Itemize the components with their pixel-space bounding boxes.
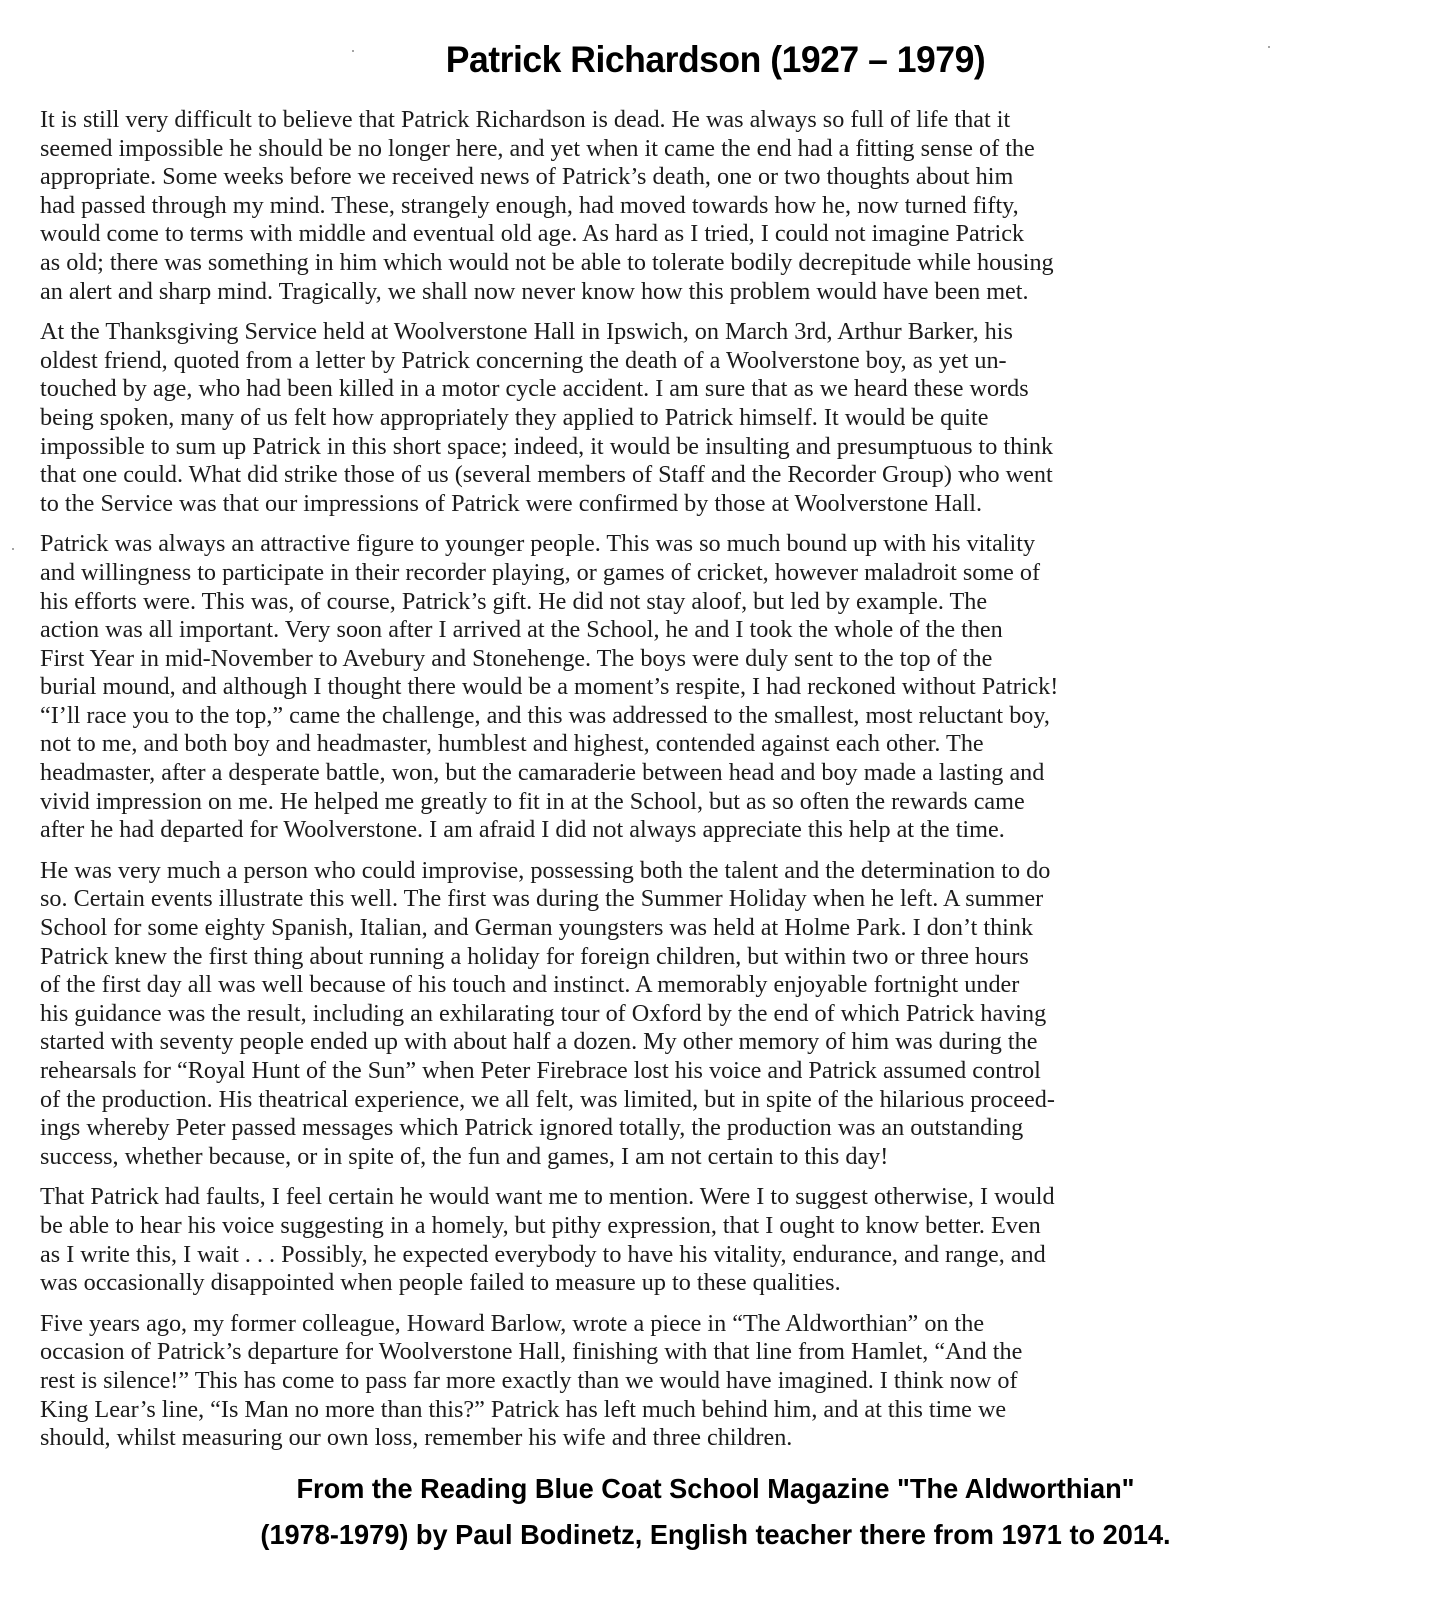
attribution-line-2: (1978-1979) by Paul Bodinetz, English te… bbox=[21, 1512, 1409, 1558]
text-line: action was all important. Very soon afte… bbox=[40, 616, 1400, 645]
text-line: had passed through my mind. These, stran… bbox=[40, 192, 1400, 221]
text-line: success, whether because, or in spite of… bbox=[40, 1143, 1400, 1172]
text-line: burial mound, and although I thought the… bbox=[40, 673, 1400, 702]
scan-speck bbox=[352, 50, 354, 52]
text-line: Five years ago, my former colleague, How… bbox=[40, 1310, 1400, 1339]
text-line: would come to terms with middle and even… bbox=[40, 220, 1400, 249]
text-line: not to me, and both boy and headmaster, … bbox=[40, 730, 1400, 759]
text-line: ings whereby Peter passed messages which… bbox=[40, 1114, 1400, 1143]
text-line: It is still very difficult to believe th… bbox=[40, 106, 1400, 135]
paragraph-2: At the Thanksgiving Service held at Wool… bbox=[40, 318, 1400, 518]
text-line: “I’ll race you to the top,” came the cha… bbox=[40, 702, 1400, 731]
text-line: to the Service was that our impressions … bbox=[40, 490, 1400, 519]
source-attribution: From the Reading Blue Coat School Magazi… bbox=[0, 1466, 1431, 1558]
text-line: and willingness to participate in their … bbox=[40, 559, 1400, 588]
text-line: being spoken, many of us felt how approp… bbox=[40, 404, 1400, 433]
text-line: Patrick knew the first thing about runni… bbox=[40, 943, 1400, 972]
paragraph-3: Patrick was always an attractive figure … bbox=[40, 530, 1400, 845]
text-line: At the Thanksgiving Service held at Wool… bbox=[40, 318, 1400, 347]
text-line: was occasionally disappointed when peopl… bbox=[40, 1269, 1400, 1298]
text-line: be able to hear his voice suggesting in … bbox=[40, 1212, 1400, 1241]
text-line: his guidance was the result, including a… bbox=[40, 1000, 1400, 1029]
text-line: King Lear’s line, “Is Man no more than t… bbox=[40, 1396, 1400, 1425]
text-line: rest is silence!” This has come to pass … bbox=[40, 1367, 1400, 1396]
text-line: an alert and sharp mind. Tragically, we … bbox=[40, 278, 1400, 307]
text-line: should, whilst measuring our own loss, r… bbox=[40, 1424, 1400, 1453]
text-line: rehearsals for “Royal Hunt of the Sun” w… bbox=[40, 1057, 1400, 1086]
paragraph-1: It is still very difficult to believe th… bbox=[40, 106, 1400, 306]
text-line: vivid impression on me. He helped me gre… bbox=[40, 788, 1400, 817]
article-body: It is still very difficult to believe th… bbox=[40, 106, 1400, 1465]
paragraph-5: That Patrick had faults, I feel certain … bbox=[40, 1183, 1400, 1297]
text-line: First Year in mid-November to Avebury an… bbox=[40, 645, 1400, 674]
text-line: He was very much a person who could impr… bbox=[40, 857, 1400, 886]
text-line: of the production. His theatrical experi… bbox=[40, 1086, 1400, 1115]
text-line: occasion of Patrick’s departure for Wool… bbox=[40, 1338, 1400, 1367]
text-line: of the first day all was well because of… bbox=[40, 971, 1400, 1000]
page-title: Patrick Richardson (1927 – 1979) bbox=[29, 39, 1403, 81]
scan-speck bbox=[12, 548, 14, 550]
text-line: headmaster, after a desperate battle, wo… bbox=[40, 759, 1400, 788]
attribution-line-1: From the Reading Blue Coat School Magazi… bbox=[21, 1466, 1409, 1512]
text-line: appropriate. Some weeks before we receiv… bbox=[40, 163, 1400, 192]
text-line: oldest friend, quoted from a letter by P… bbox=[40, 347, 1400, 376]
paragraph-6: Five years ago, my former colleague, How… bbox=[40, 1310, 1400, 1453]
text-line: That Patrick had faults, I feel certain … bbox=[40, 1183, 1400, 1212]
text-line: as old; there was something in him which… bbox=[40, 249, 1400, 278]
text-line: Patrick was always an attractive figure … bbox=[40, 530, 1400, 559]
scan-speck bbox=[1268, 46, 1270, 48]
text-line: so. Certain events illustrate this well.… bbox=[40, 885, 1400, 914]
text-line: his efforts were. This was, of course, P… bbox=[40, 588, 1400, 617]
document-page: Patrick Richardson (1927 – 1979) It is s… bbox=[0, 0, 1431, 1600]
text-line: seemed impossible he should be no longer… bbox=[40, 135, 1400, 164]
text-line: that one could. What did strike those of… bbox=[40, 461, 1400, 490]
text-line: touched by age, who had been killed in a… bbox=[40, 375, 1400, 404]
text-line: School for some eighty Spanish, Italian,… bbox=[40, 914, 1400, 943]
text-line: as I write this, I wait . . . Possibly, … bbox=[40, 1241, 1400, 1270]
paragraph-4: He was very much a person who could impr… bbox=[40, 857, 1400, 1172]
text-line: impossible to sum up Patrick in this sho… bbox=[40, 433, 1400, 462]
text-line: after he had departed for Woolverstone. … bbox=[40, 816, 1400, 845]
text-line: started with seventy people ended up wit… bbox=[40, 1028, 1400, 1057]
